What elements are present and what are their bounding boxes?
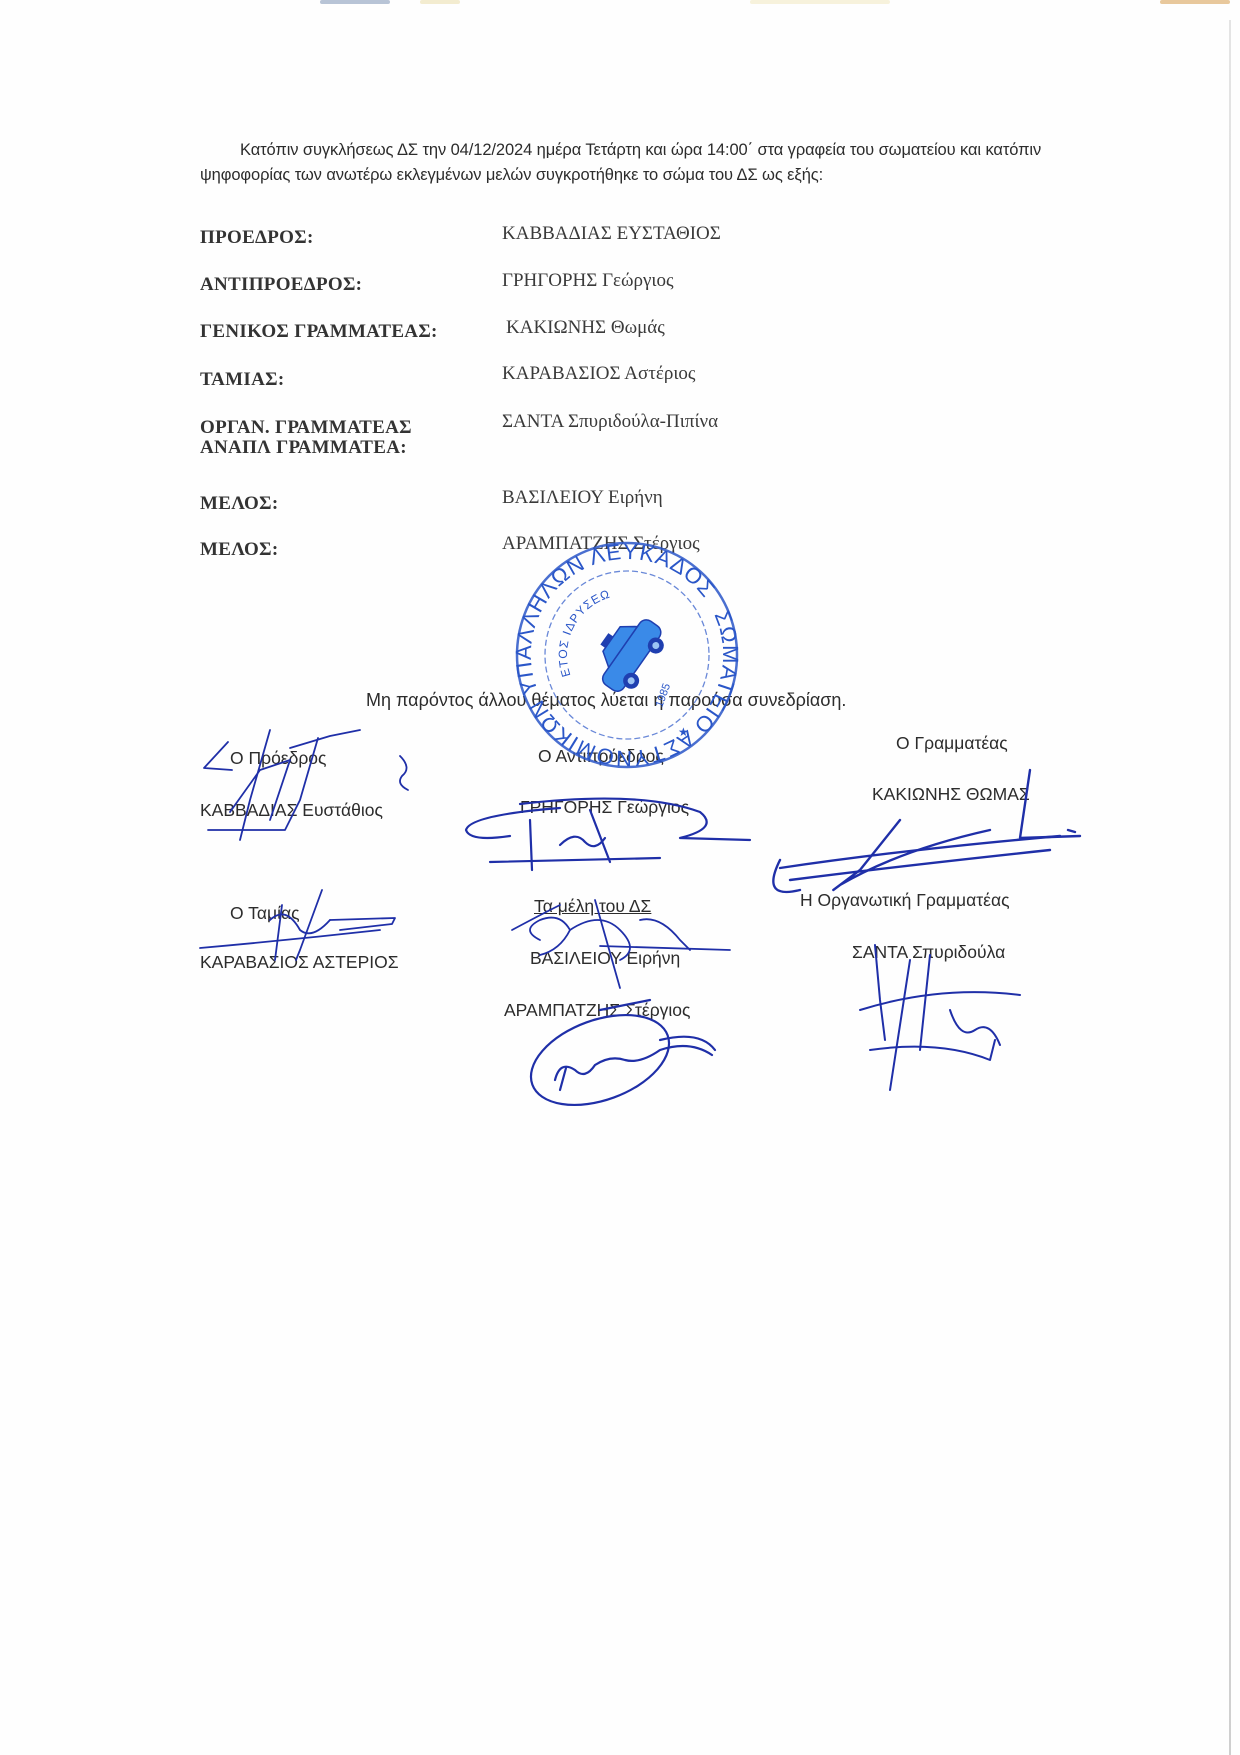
board-member-name: ΚΑΒΒΑΔΙΑΣ ΕΥΣΤΑΘΙΟΣ — [502, 222, 721, 246]
scan-top-edge — [0, 0, 1240, 6]
secretary-title: Ο Γραμματέας — [896, 733, 1008, 754]
board-member-name: ΓΡΗΓΟΡΗΣ Γεώργιος — [502, 269, 674, 293]
treasurer-name: ΚΑΡΑΒΑΣΙΟΣ ΑΣΤΕΡΙΟΣ — [200, 952, 399, 973]
member-name-1: ΒΑΣΙΛΕΙΟΥ Ειρήνη — [530, 948, 680, 969]
board-member-name: ΒΑΣΙΛΕΙΟΥ Ειρήνη — [502, 486, 663, 510]
board-member-name: ΚΑΚΙΩΝΗΣ Θωμάς — [506, 316, 665, 340]
org-secretary-signature-icon — [860, 945, 1020, 1090]
document-page: Κατόπιν συγκλήσεως ΔΣ την 04/12/2024 ημέ… — [0, 0, 1240, 1755]
intro-text: Κατόπιν συγκλήσεως ΔΣ την 04/12/2024 ημέ… — [200, 141, 1041, 184]
secretary-name: ΚΑΚΙΩΝΗΣ ΘΩΜΑΣ — [872, 784, 1030, 805]
board-role: ΤΑΜΙΑΣ: — [200, 368, 284, 392]
stamp-star-icon: ★ — [678, 725, 689, 739]
board-role: ΓΕΝΙΚΟΣ ΓΡΑΜΜΑΤΕΑΣ: — [200, 320, 438, 344]
board-member-name: ΚΑΡΑΒΑΣΙΟΣ Αστέριος — [502, 362, 695, 386]
association-stamp: ΣΩΜΑΤΕΙΟ ΑΣΤΥΝΟΜΙΚΩΝ ΥΠΑΛΛΗΛΩΝ ΛΕΥΚΑΔΟΣ … — [512, 540, 742, 770]
board-role: ΑΝΤΙΠΡΟΕΔΡΟΣ: — [200, 273, 362, 297]
handwritten-signatures — [0, 0, 1240, 1755]
treasurer-title: Ο Ταμίας — [230, 903, 300, 924]
treasurer-signature-icon — [200, 890, 395, 960]
vice-president-name: ΓΡΗΓΟΡΗΣ Γεώργιος — [520, 797, 689, 818]
stamp-year: 1985 — [654, 682, 674, 709]
member-name-2: ΑΡΑΜΠΑΤΖΗΣ Στέργιος — [504, 1000, 690, 1021]
president-name: ΚΑΒΒΑΔΙΑΣ Ευστάθιος — [200, 800, 383, 821]
org-secretary-name: ΣΑΝΤΑ Σπυριδούλα — [852, 942, 1005, 963]
president-title: Ο Πρόεδρος — [230, 748, 326, 769]
org-secretary-title: Η Οργανωτική Γραμματέας — [800, 890, 1010, 911]
president-signature-icon — [204, 730, 408, 840]
members-title: Τα μέλη του ΔΣ — [534, 896, 651, 917]
board-role-line2: ΑΝΑΠΛ ΓΡΑΜΜΑΤΕΑ: — [200, 436, 407, 460]
board-role: ΜΕΛΟΣ: — [200, 538, 278, 562]
police-car-icon — [583, 605, 672, 700]
scan-right-edge — [1229, 20, 1231, 1755]
intro-paragraph: Κατόπιν συγκλήσεως ΔΣ την 04/12/2024 ημέ… — [200, 138, 1060, 188]
board-role: ΜΕΛΟΣ: — [200, 492, 278, 516]
board-role: ΠΡΟΕΔΡΟΣ: — [200, 226, 314, 250]
board-member-name: ΣΑΝΤΑ Σπυριδούλα-Πιπίνα — [502, 410, 718, 434]
